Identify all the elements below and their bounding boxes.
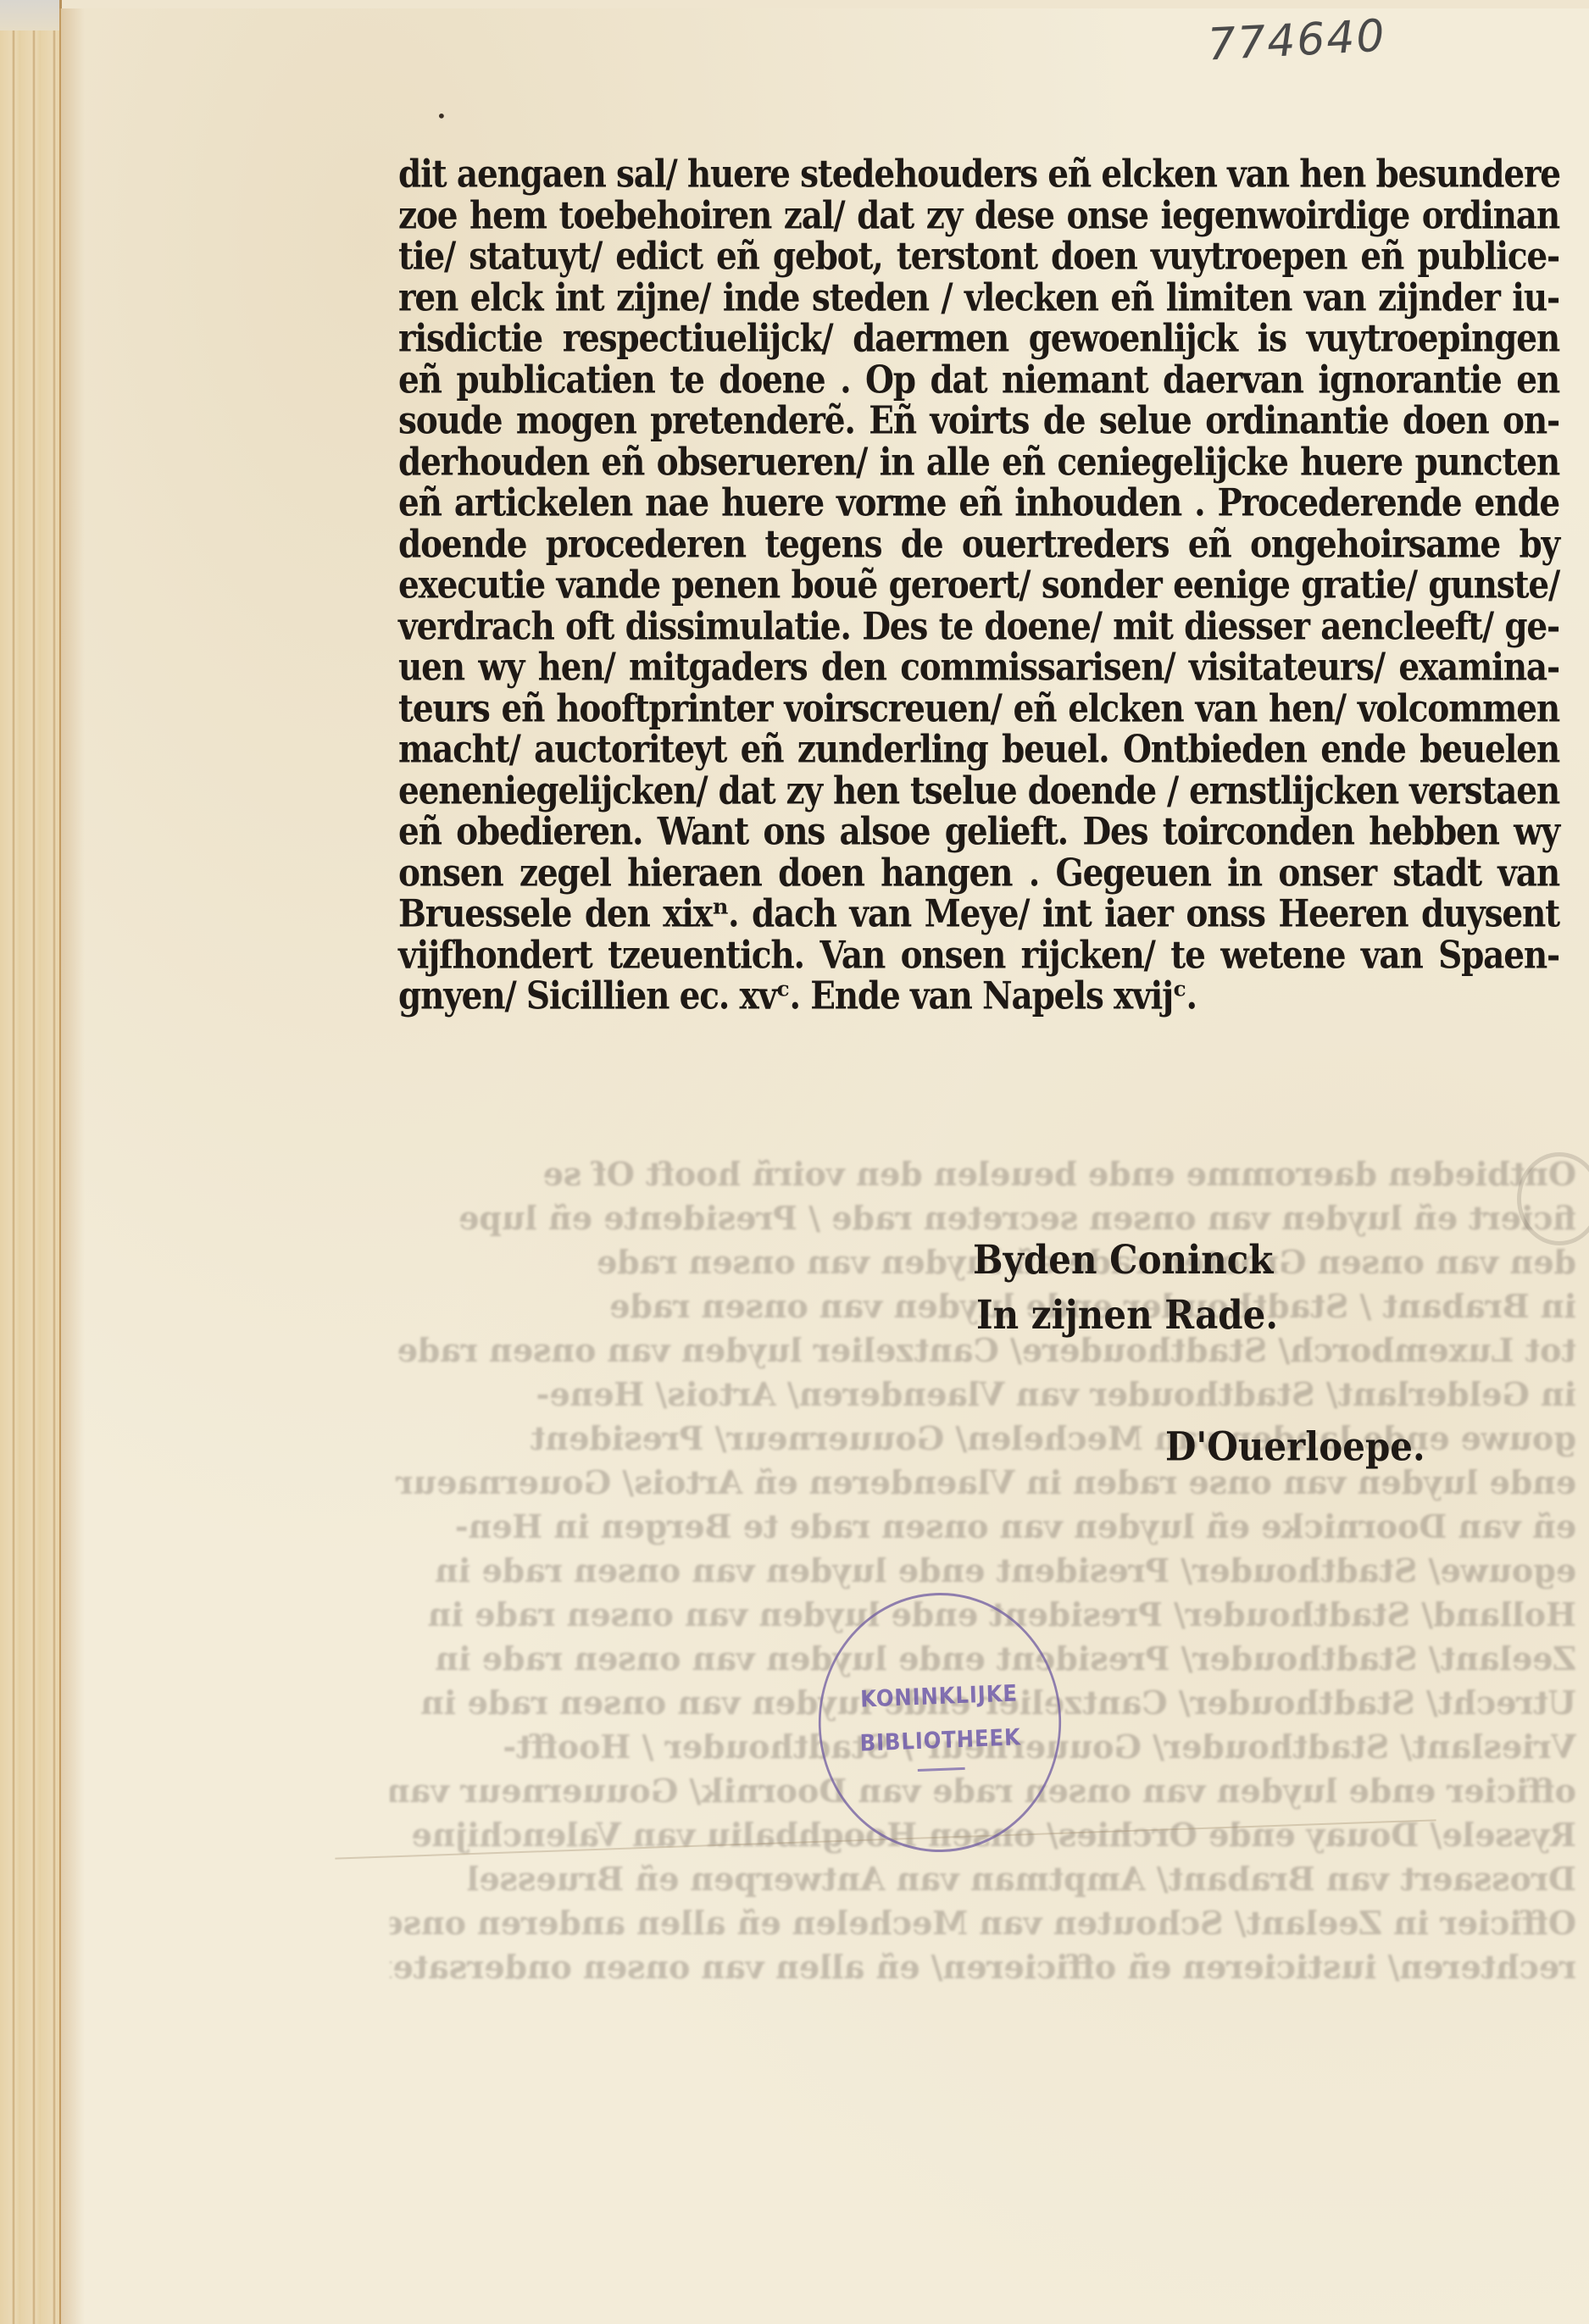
text-line: uen wy hen/ mitgaders den commissarisen/… bbox=[398, 644, 1559, 691]
ordinance-body-text: dit aengaen sal/ huere stedehouders eñ e… bbox=[398, 151, 1559, 1014]
stamp-line-2: BIBLIOTHEEK bbox=[859, 1716, 1022, 1766]
stamp-rule bbox=[918, 1767, 965, 1771]
text-line: eñ obedieren. Want ons alsoe gelieft. De… bbox=[398, 808, 1559, 856]
margin-mark: • bbox=[436, 106, 447, 126]
text-line: risdictie respectiuelijck/ daermen gewoe… bbox=[398, 315, 1559, 363]
text-line: vijfhondert tzeuentich. Van onsen rijcke… bbox=[398, 932, 1559, 979]
show-through-line: rechteren/ iusticieren eñ officieren/ eñ… bbox=[390, 1945, 1576, 1989]
text-line: verdrach oft dissimulatie. Des te doene/… bbox=[398, 603, 1559, 651]
text-line: soude mogen pretenderẽ. Eñ voirts de sel… bbox=[398, 397, 1559, 445]
stamp-line-1: KONINKLIJKE bbox=[859, 1672, 1018, 1722]
text-line: gnyen/ Sicillien ec. xvᶜ. Ende van Napel… bbox=[398, 973, 1559, 1020]
signature-line-in-council: In zijnen Rade. bbox=[976, 1288, 1278, 1343]
text-line: teurs eñ hooftprinter voirscreuen/ eñ el… bbox=[398, 685, 1559, 733]
text-line: executie vande penen bouẽ geroert/ sonde… bbox=[398, 562, 1559, 609]
show-through-line: in Gelderlant/ Stadthouder van Vlaendere… bbox=[390, 1373, 1576, 1417]
spine-stain bbox=[59, 8, 85, 2324]
secretary-countersignature: D'Ouerloepe. bbox=[1165, 1423, 1425, 1470]
royal-signature-block: Byden Coninck In zijnen Rade. bbox=[973, 1233, 1278, 1343]
text-line: dit aengaen sal/ huere stedehouders eñ e… bbox=[398, 151, 1559, 198]
scan-background bbox=[0, 0, 59, 31]
text-line: eeneniegelijcken/ dat zy hen tselue doen… bbox=[398, 768, 1559, 815]
show-through-line: Ontbieden daeromme ende beuelen den voir… bbox=[390, 1152, 1576, 1196]
text-line: tie/ statuyt/ edict eñ gebot, terstont d… bbox=[398, 233, 1559, 280]
show-through-line: eñ van Doornicke eñ luyden van onsen rad… bbox=[390, 1505, 1576, 1549]
text-line: onsen zegel hieraen doen hangen . Gegeue… bbox=[398, 850, 1559, 897]
text-line: Bruessele den xixⁿ. dach van Meye/ int i… bbox=[398, 890, 1559, 938]
show-through-line: Drossaert van Brabant/ Amptman van Antwe… bbox=[390, 1857, 1576, 1901]
text-line: eñ publicatien te doene . Op dat niemant… bbox=[398, 357, 1559, 404]
text-line: eñ artickelen nae huere vorme eñ inhoude… bbox=[398, 480, 1559, 527]
text-line: zoe hem toebehoiren zal/ dat zy dese ons… bbox=[398, 192, 1559, 240]
show-through-line: egouwe/ Stadthouder/ President ende luyd… bbox=[390, 1549, 1576, 1593]
show-through-line: Officier in Zeelant/ Schouten van Mechel… bbox=[390, 1901, 1576, 1945]
text-line: ren elck int zijne/ inde steden / vlecke… bbox=[398, 275, 1559, 322]
page-edges-stack bbox=[0, 0, 62, 2324]
text-line: derhouden eñ obserueren/ in alle eñ ceni… bbox=[398, 439, 1559, 486]
signature-line-by-the-king: Byden Coninck bbox=[973, 1233, 1278, 1288]
text-line: doende procederen tegens de ouertreders … bbox=[398, 521, 1559, 569]
text-line: macht/ auctoriteyt eñ zunderling beuel. … bbox=[398, 726, 1559, 774]
catalog-number: 774640 bbox=[1207, 11, 1387, 71]
